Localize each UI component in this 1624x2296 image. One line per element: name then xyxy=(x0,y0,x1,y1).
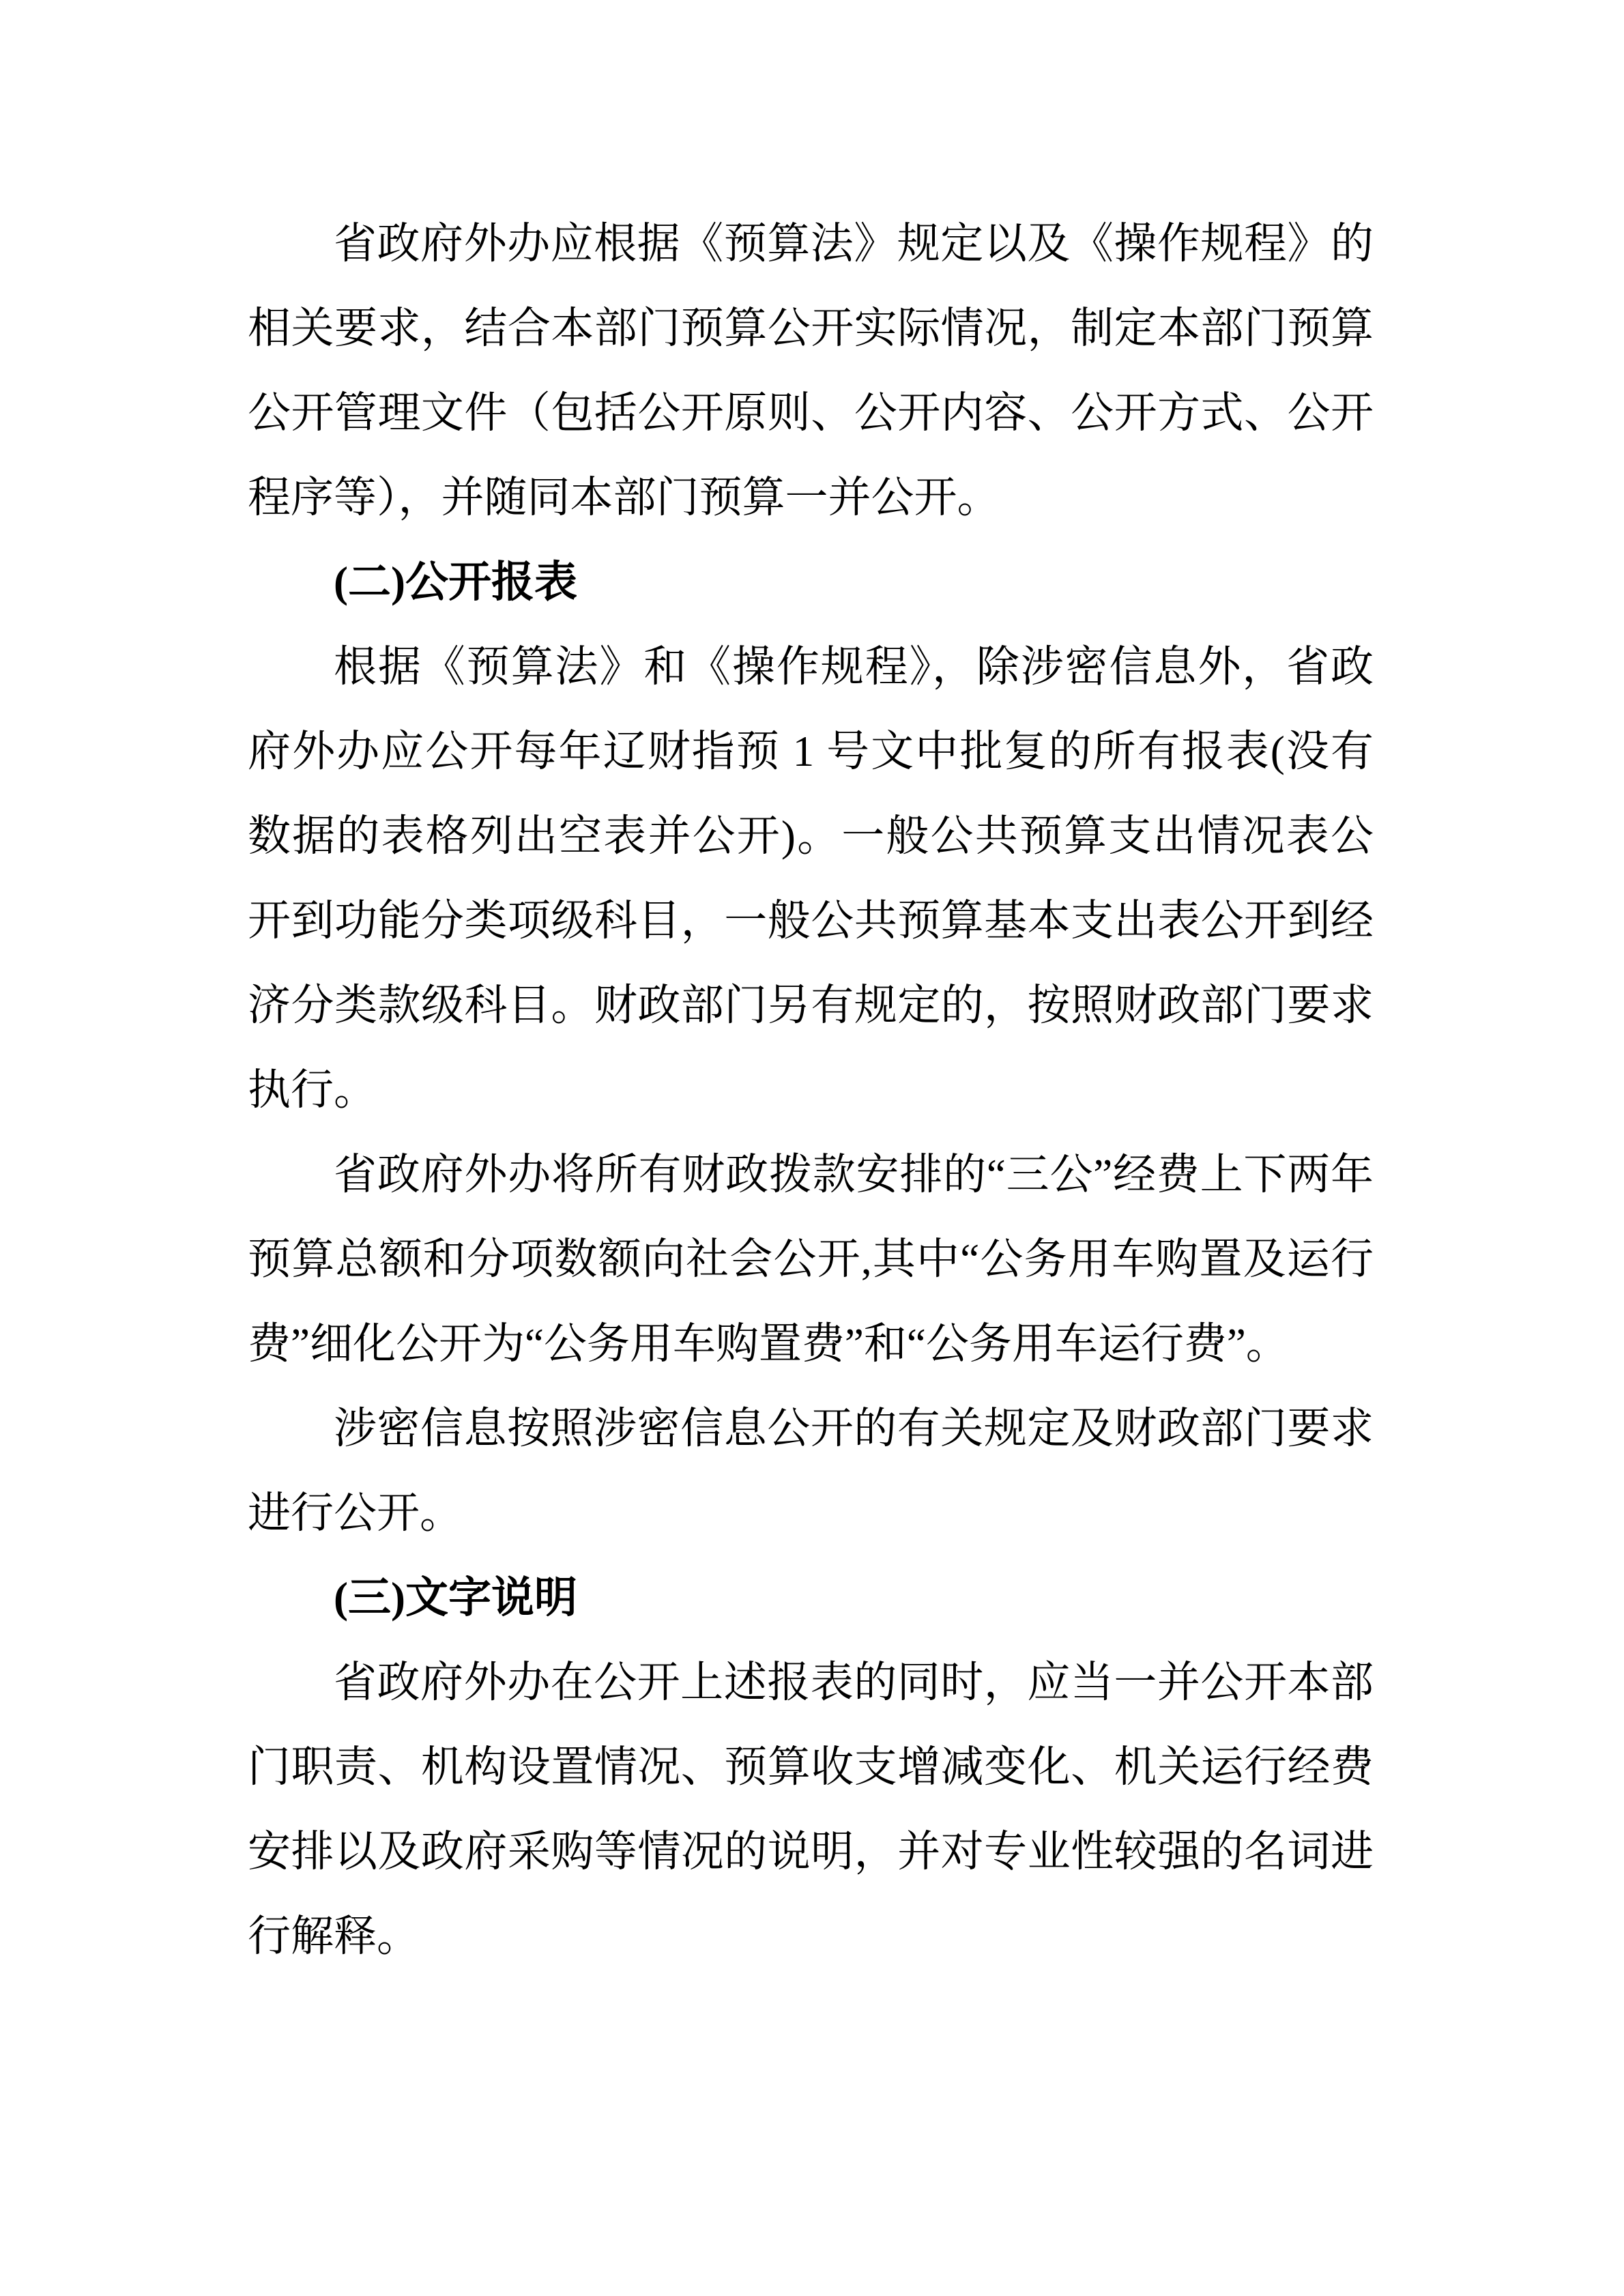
section-heading-text-explanation: (三)文字说明 xyxy=(248,1555,1374,1640)
document-page: 省政府外办应根据《预算法》规定以及《操作规程》的相关要求，结合本部门预算公开实际… xyxy=(0,0,1624,2296)
section-heading-public-reports: (二)公开报表 xyxy=(248,540,1374,625)
paragraph-explanation-requirements: 省政府外办在公开上述报表的同时，应当一并公开本部门职责、机构设置情况、预算收支增… xyxy=(248,1640,1374,1979)
paragraph-three-public-expenses: 省政府外办将所有财政拨款安排的“三公”经费上下两年预算总额和分项数额向社会公开,… xyxy=(248,1132,1374,1386)
paragraph-report-disclosure-scope: 根据《预算法》和《操作规程》，除涉密信息外，省政府外办应公开每年辽财指预 1 号… xyxy=(248,625,1374,1132)
paragraph-budget-disclosure-file: 省政府外办应根据《预算法》规定以及《操作规程》的相关要求，结合本部门预算公开实际… xyxy=(248,201,1374,540)
paragraph-classified-information: 涉密信息按照涉密信息公开的有关规定及财政部门要求进行公开。 xyxy=(248,1386,1374,1555)
document-text-block: 省政府外办应根据《预算法》规定以及《操作规程》的相关要求，结合本部门预算公开实际… xyxy=(248,201,1374,1979)
